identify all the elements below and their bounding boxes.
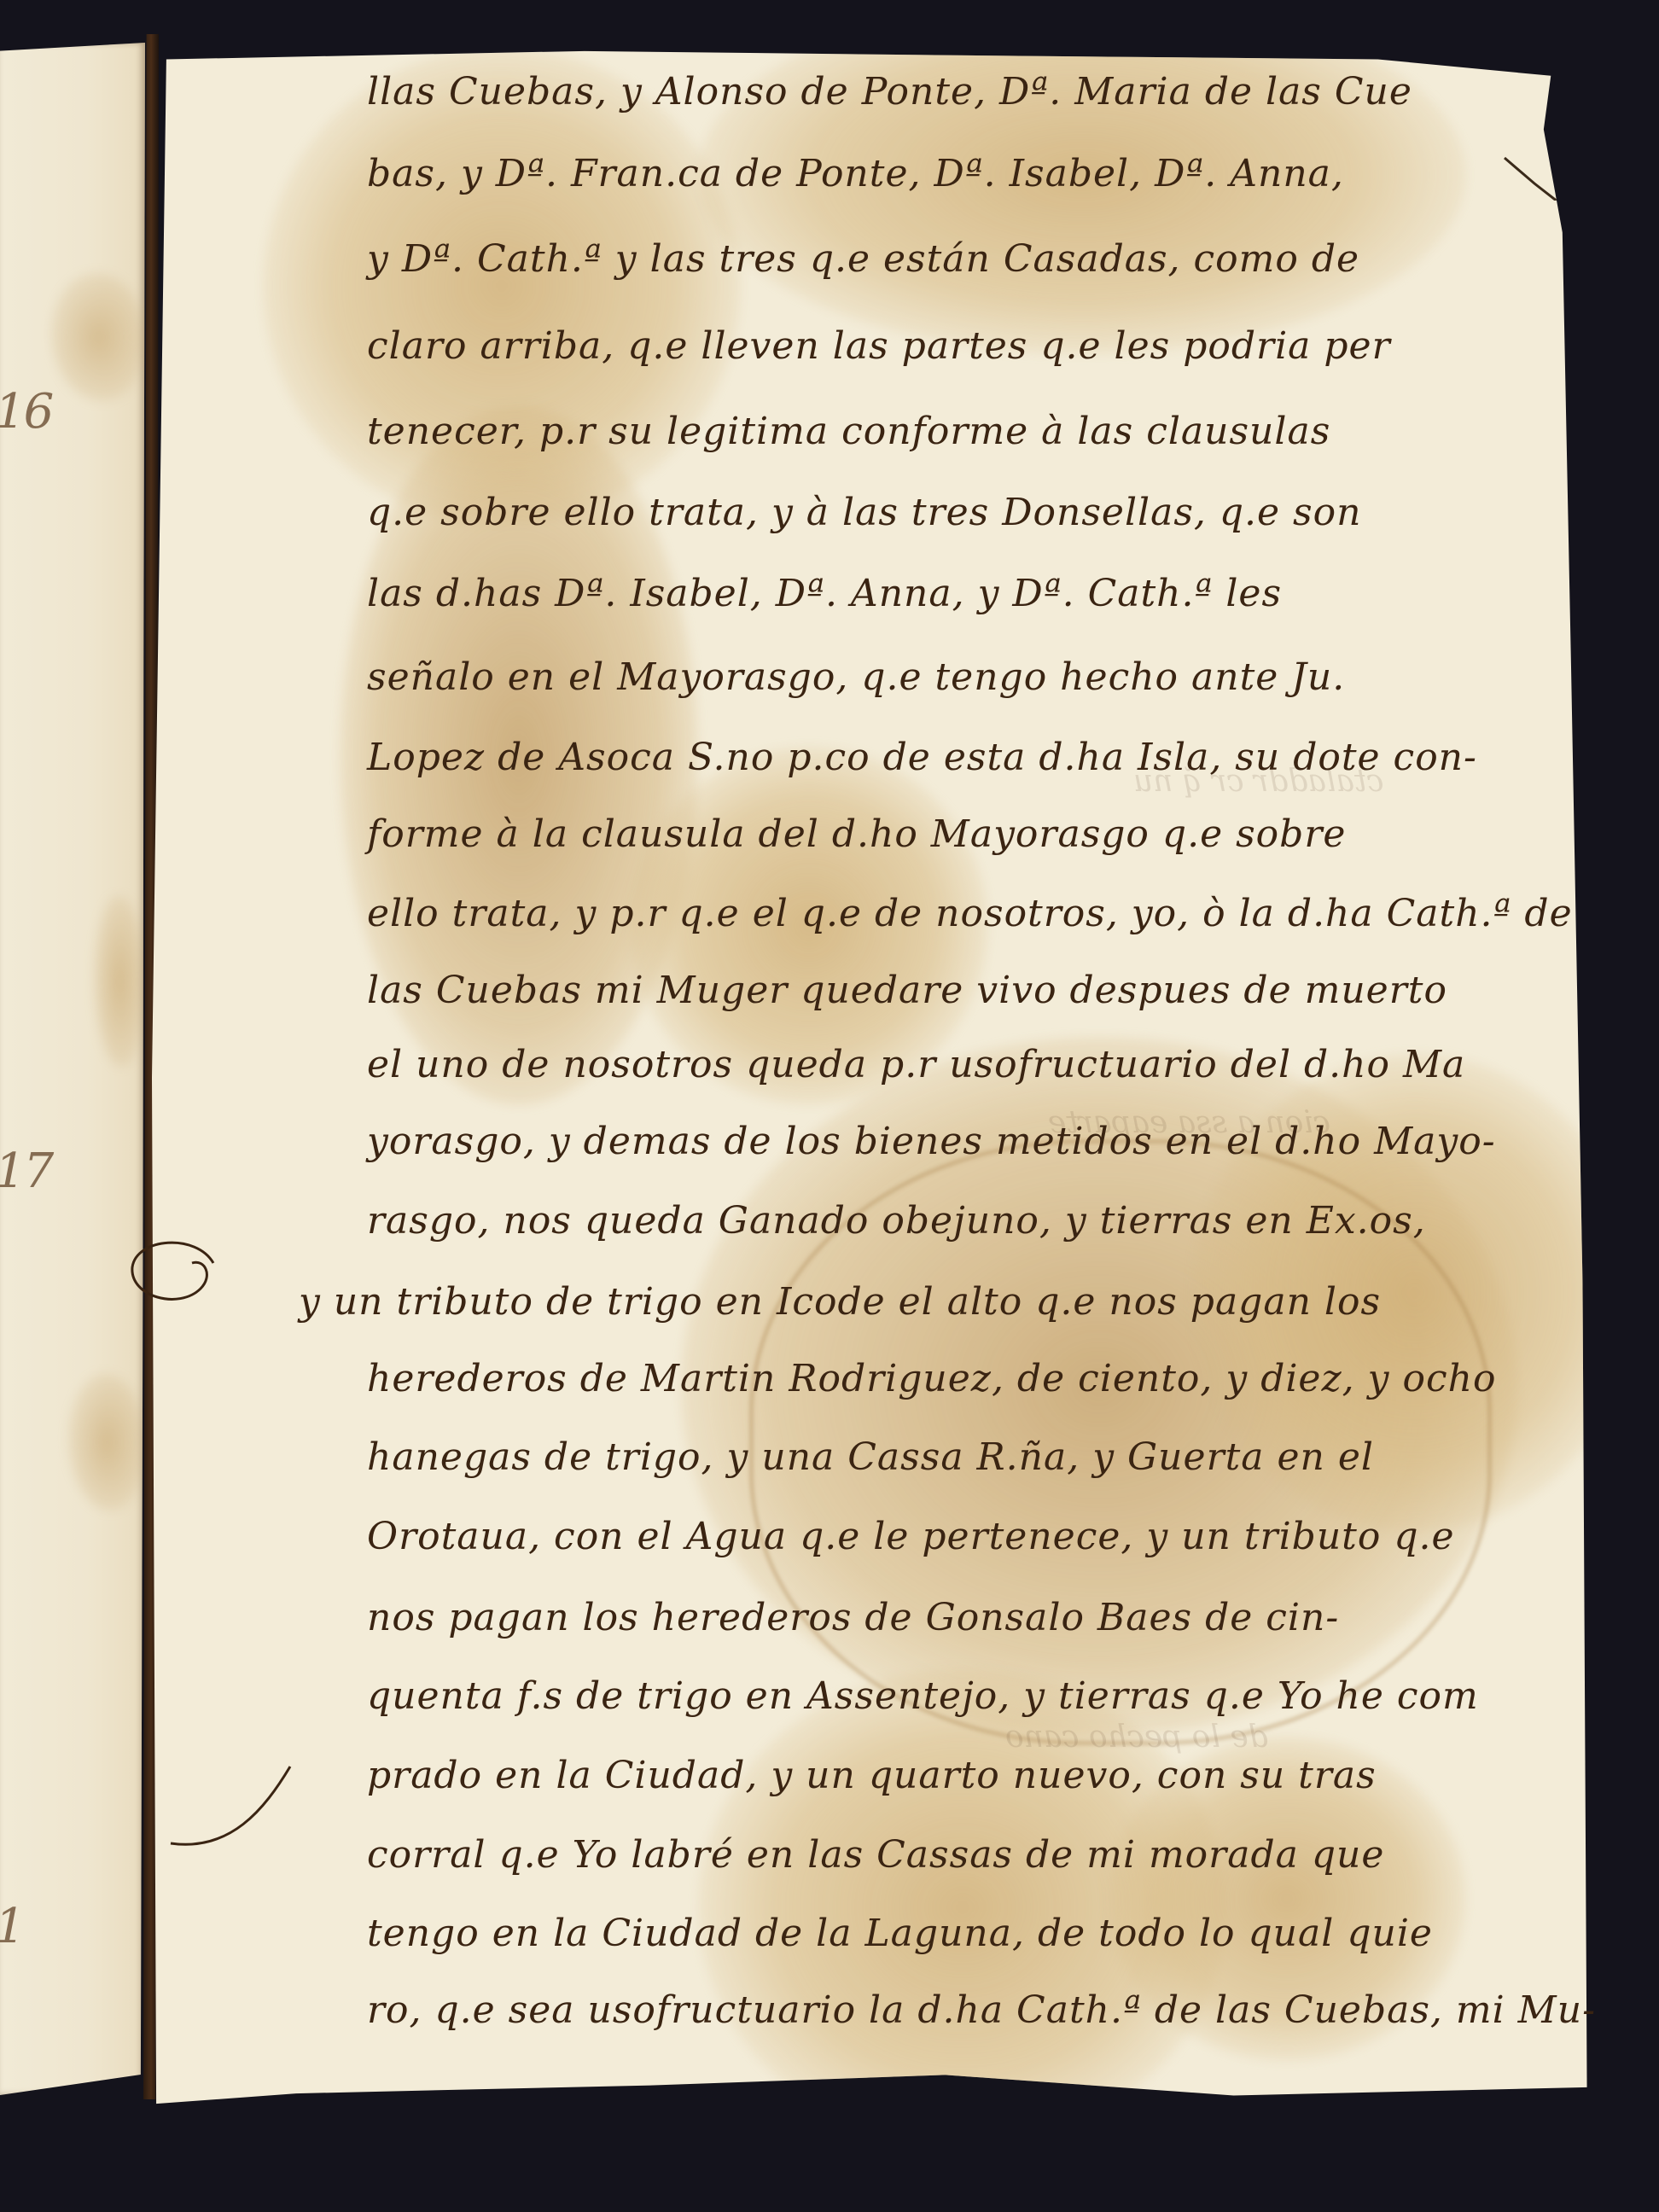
manuscript-line: yorasgo, y demas de los bienes metidos e… <box>367 1120 1496 1163</box>
margin-flourish-icon <box>162 1758 299 1860</box>
left-page-fragment: 16 17 1 <box>0 43 145 2095</box>
manuscript-line: hanegas de trigo, y una Cassa R.ña, y Gu… <box>367 1435 1374 1479</box>
manuscript-line: herederos de Martin Rodriguez, de ciento… <box>367 1357 1496 1400</box>
manuscript-line: Orotaua, con el Agua q.e le pertenece, y… <box>367 1515 1455 1558</box>
manuscript-line: llas Cuebas, y Alonso de Ponte, Dª. Mari… <box>367 70 1412 114</box>
margin-number: 1 <box>0 1899 24 1954</box>
water-stain <box>94 896 145 1067</box>
manuscript-line: corral q.e Yo labré en las Cassas de mi … <box>367 1833 1384 1877</box>
manuscript-line: tengo en la Ciudad de la Laguna, de todo… <box>367 1912 1433 1955</box>
margin-number: 17 <box>0 1144 52 1199</box>
manuscript-line: las Cuebas mi Muger quedare vivo despues… <box>367 969 1447 1012</box>
water-stain <box>68 1374 145 1511</box>
manuscript-line: las d.has Dª. Isabel, Dª. Anna, y Dª. Ca… <box>367 572 1282 615</box>
manuscript-line: rasgo, nos queda Ganado obejuno, y tierr… <box>367 1199 1426 1243</box>
manuscript-line: Lopez de Asoca S.no p.co de esta d.ha Is… <box>367 736 1477 779</box>
manuscript-line: quenta f.s de trigo en Assentejo, y tier… <box>367 1674 1479 1718</box>
manuscript-line: y Dª. Cath.ª y las tres q.e están Casada… <box>367 237 1359 281</box>
manuscript-line: q.e sobre ello trata, y à las tres Donse… <box>367 491 1361 534</box>
paper-tear-icon <box>1500 98 1586 201</box>
manuscript-line: el uno de nosotros queda p.r usofructuar… <box>367 1043 1465 1086</box>
margin-flourish-icon <box>119 1229 247 1314</box>
manuscript-line: señalo en el Mayorasgo, q.e tengo hecho … <box>367 655 1345 699</box>
water-stain <box>51 273 145 401</box>
manuscript-line: ello trata, y p.r q.e el q.e de nosotros… <box>367 892 1573 935</box>
manuscript-photo: 16 17 1 ctaladdr cr q̃ nu cion a ssa eap… <box>0 0 1659 2212</box>
manuscript-line: ro, q.e sea usofructuario la d.ha Cath.ª… <box>367 1988 1596 2032</box>
margin-number: 16 <box>0 384 52 439</box>
manuscript-line: tenecer, p.r su legitima conforme à las … <box>367 410 1330 453</box>
manuscript-line: nos pagan los herederos de Gonsalo Baes … <box>367 1596 1339 1639</box>
manuscript-line: bas, y Dª. Fran.ca de Ponte, Dª. Isabel,… <box>367 152 1344 195</box>
manuscript-line: claro arriba, q.e lleven las partes q.e … <box>367 324 1391 368</box>
manuscript-line: forme à la clausula del d.ho Mayorasgo q… <box>367 812 1346 856</box>
manuscript-line: y un tributo de trigo en Icode el alto q… <box>299 1280 1381 1324</box>
bleed-through-text: de lo pecho cano <box>1005 1720 1268 1755</box>
manuscript-line: prado en la Ciudad, y un quarto nuevo, c… <box>367 1754 1377 1797</box>
